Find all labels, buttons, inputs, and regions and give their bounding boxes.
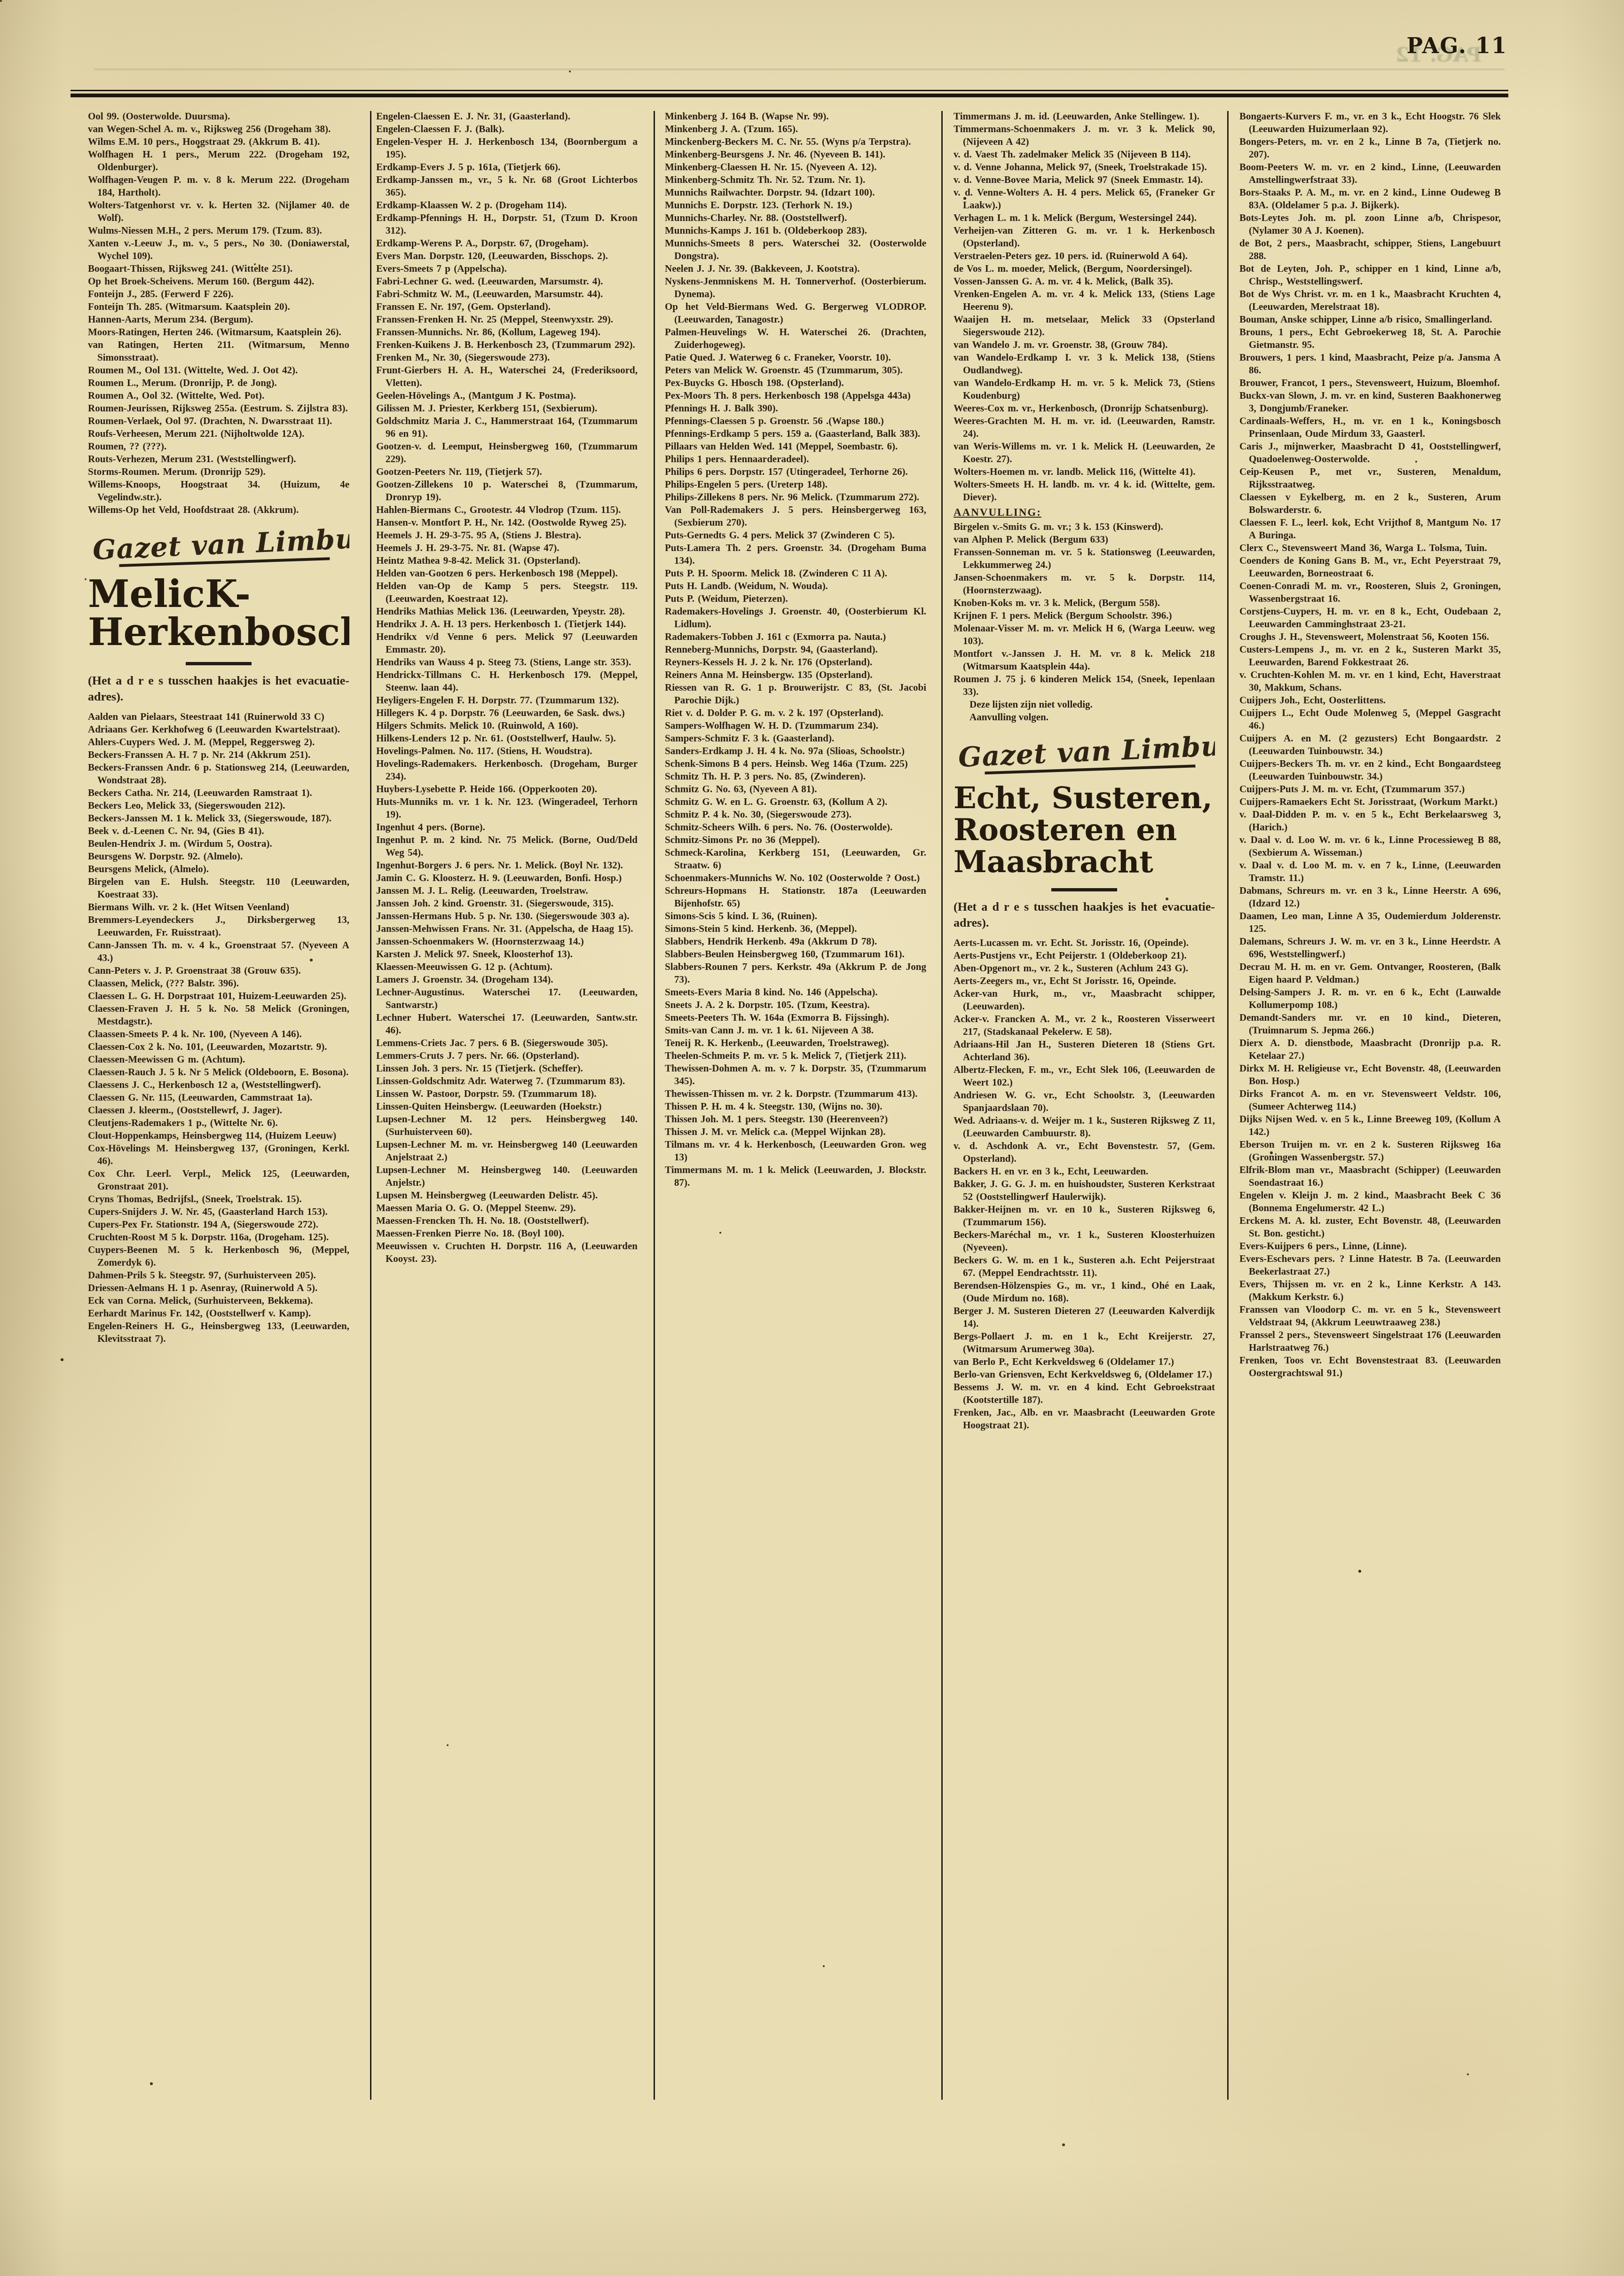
logo-underline bbox=[119, 557, 330, 567]
directory-entry: Schoenmakers-Munnichs W. No. 102 (Ooster… bbox=[665, 872, 926, 884]
directory-entry: Schmitz-Simons Pr. no 36 (Meppel). bbox=[665, 834, 926, 846]
melick-herkenbosch-heading: MelicK- Herkenbosch bbox=[88, 575, 349, 652]
directory-entry: Heemels J. H. 29-3-75. Nr. 81. (Wapse 47… bbox=[376, 542, 638, 554]
directory-entry: Berger J. M. Susteren Dieteren 27 (Leeuw… bbox=[954, 1305, 1215, 1330]
directory-entry: Cupers-Pex Fr. Stationstr. 194 A, (Siege… bbox=[88, 1218, 349, 1231]
directory-entry: Hillegers K. 4 p. Dorpstr. 76 (Leeuwarde… bbox=[376, 707, 638, 719]
directory-entry: Demandt-Sanders mr. vr. en 10 kind., Die… bbox=[1239, 1011, 1501, 1037]
directory-entry: Puts P. (Weidum, Pieterzen). bbox=[665, 592, 926, 605]
directory-entry: Beckers Catha. Nr. 214, (Leeuwarden Rams… bbox=[88, 787, 349, 799]
directory-entry: Erdkamp-Janssen m., vr., 5 k. Nr. 68 (Gr… bbox=[376, 173, 638, 199]
column-divider-2 bbox=[654, 111, 655, 2100]
directory-entry: Driessen-Aelmans H. 1 p. Asenray, (Ruine… bbox=[88, 1282, 349, 1294]
directory-entry: Van Poll-Rademakers J. 5 pers. Heinsberg… bbox=[665, 504, 926, 529]
directory-entry: Wolters-Smeets H. H. landb. m. vr. 4 k. … bbox=[954, 478, 1215, 504]
directory-entry: Karsten J. Melick 97. Sneek, Kloosterhof… bbox=[376, 948, 638, 961]
directory-entry: Frenken, Toos vr. Echt Bovenstestraat 83… bbox=[1239, 1354, 1501, 1379]
directory-entry: Evers Man. Dorpstr. 120, (Leeuwarden, Bi… bbox=[376, 250, 638, 262]
directory-entry: Decrau M. H. m. en vr. Gem. Ontvanger, R… bbox=[1239, 961, 1501, 986]
directory-entry: Evers-Eschevars pers. ? Linne Hatestr. B… bbox=[1239, 1252, 1501, 1278]
directory-entry: Ool 99. (Oosterwolde. Duursma). bbox=[88, 110, 349, 123]
directory-entry: Ingenhut-Borgers J. 6 pers. Nr. 1. Melic… bbox=[376, 859, 638, 872]
directory-entry: Weeres-Grachten M. H. m. vr. id. (Leeuwa… bbox=[954, 415, 1215, 440]
directory-entry: Ahlers-Cuypers Wed. J. M. (Meppel, Regge… bbox=[88, 736, 349, 748]
directory-entry: Aben-Opgenort m., vr. 2 k., Susteren (Ac… bbox=[954, 962, 1215, 975]
directory-entry: Huybers-Lysebette P. Heide 166. (Opperko… bbox=[376, 783, 638, 795]
directory-entry: Adriaans-Hil Jan H., Susteren Dieteren 1… bbox=[954, 1038, 1215, 1063]
directory-entry: Gootzen-Zillekens 10 p. Waterschei 8, (T… bbox=[376, 478, 638, 504]
directory-entry: Erdkamp-Evers J. 5 p. 161a, (Tietjerk 66… bbox=[376, 161, 638, 173]
directory-entry: Janssen M. J. L. Relig. (Leeuwarden, Tro… bbox=[376, 884, 638, 897]
directory-entry: Claassen, Melick, (??? Balstr. 396). bbox=[88, 977, 349, 990]
directory-entry: Frunt-Gierbers H. A. H., Waterschei 24, … bbox=[376, 364, 638, 389]
directory-entry: Ingenhut 4 pers. (Borne). bbox=[376, 821, 638, 834]
directory-entry: Frenken-Kuikens J. B. Herkenbosch 23, (T… bbox=[376, 339, 638, 351]
directory-entry: Roumen A., Ool 32. (Wittelte, Wed. Pot). bbox=[88, 389, 349, 402]
directory-entry: Smeets-Peeters Th. W. 164a (Exmorra B. F… bbox=[665, 1011, 926, 1024]
directory-entry: Delsing-Sampers J. R. m. vr. en 6 k., Ec… bbox=[1239, 986, 1501, 1011]
directory-entry: Lamers J. Groenstr. 34. (Drogeham 134). bbox=[376, 973, 638, 986]
directory-entry: Roufs-Verheesen, Merum 221. (Nijholtwold… bbox=[88, 427, 349, 440]
logo-underline bbox=[985, 764, 1195, 774]
directory-entry: Claessen F. L., leerl. kok, Echt Vrijtho… bbox=[1239, 516, 1501, 542]
directory-entry: Lupsen-Lechner M. m. vr. Heinsbergweg 14… bbox=[376, 1138, 638, 1164]
directory-entry: van Ratingen, Herten 211. (Witmarsum, Me… bbox=[88, 339, 349, 364]
directory-entry: Fonteijn Th. 285. (Witmarsum. Kaatsplein… bbox=[88, 300, 349, 313]
directory-entry: Geelen-Hövelings A., (Mantgum J K. Postm… bbox=[376, 389, 638, 402]
directory-entry: Hilkens-Lenders 12 p. Nr. 61. (Ooststell… bbox=[376, 732, 638, 745]
directory-entry: Beckers-Maréchal m., vr. 1 k., Susteren … bbox=[954, 1229, 1215, 1254]
directory-entry: Bergs-Pollaert J. m. en 1 k., Echt Kreij… bbox=[954, 1330, 1215, 1355]
directory-entry: Bot de Wys Christ. vr. m. en 1 k., Maasb… bbox=[1239, 288, 1501, 313]
directory-entry: v. Cruchten-Kohlen M. m. vr. en 1 kind, … bbox=[1239, 669, 1501, 694]
directory-entry: de Bot, 2 pers., Maasbracht, schipper, S… bbox=[1239, 237, 1501, 262]
directory-entry: Aerts-Lucassen m. vr. Echt. St. Jorisstr… bbox=[954, 937, 1215, 949]
directory-entry: Franssen-Munnichs. Nr. 86, (Kollum, Lage… bbox=[376, 326, 638, 339]
directory-entry: Dirkx M. H. Religieuse vr., Echt Bovenst… bbox=[1239, 1062, 1501, 1087]
directory-entry: Eerhardt Marinus Fr. 142, (Ooststellwerf… bbox=[88, 1307, 349, 1320]
directory-entry: Erckens M. A. kl. zuster, Echt Bovenstr.… bbox=[1239, 1214, 1501, 1240]
directory-entry: Frenken, Jac., Alb. en vr. Maasbracht (L… bbox=[954, 1406, 1215, 1432]
directory-entry: v. d. Aschdonk A. vr., Echt Bovenstestr.… bbox=[954, 1140, 1215, 1165]
directory-entry: Fabri-Lechner G. wed. (Leeuwarden, Marsu… bbox=[376, 275, 638, 288]
directory-entry: Thewissen-Thissen m. vr. 2 k. Dorpstr. (… bbox=[665, 1087, 926, 1100]
directory-entry: Cruchten-Roost M 5 k. Dorpstr. 116a, (Dr… bbox=[88, 1231, 349, 1244]
directory-entry: Pillaars van Helden Wed. 141 (Meppel, So… bbox=[665, 440, 926, 453]
directory-entry: van Wandelo-Erdkamp I. vr. 3 k. Melick 1… bbox=[954, 351, 1215, 377]
directory-entry: Klaessen-Meeuwissen G. 12 p. (Achtum). bbox=[376, 961, 638, 973]
directory-entry: Reiners Anna M. Heinsbergw. 135 (Opsterl… bbox=[665, 669, 926, 681]
directory-entry: Philips-Zillekens 8 pers. Nr. 96 Melick.… bbox=[665, 491, 926, 504]
directory-entry: Evers, Thijssen m. vr. en 2 k., Linne Ke… bbox=[1239, 1278, 1501, 1303]
directory-entry: Claessen-Fraven J. H. 5 k. No. 58 Melick… bbox=[88, 1002, 349, 1028]
directory-entry: Gootzen-v. d. Leemput, Heinsbergweg 160,… bbox=[376, 440, 638, 465]
directory-entry: Riet v. d. Dolder P. G. m. v. 2 k. 197 (… bbox=[665, 707, 926, 719]
column-4: Timmermans J. m. id. (Leeuwarden, Anke S… bbox=[954, 110, 1215, 2169]
directory-entry: Beckers G. W. m. en 1 k., Susteren a.h. … bbox=[954, 1254, 1215, 1279]
directory-entry: Maessen Maria O. G. O. (Meppel Steenw. 2… bbox=[376, 1202, 638, 1214]
directory-entry: Philips-Engelen 5 pers. (Ureterp 148). bbox=[665, 478, 926, 491]
directory-entry: Riessen van R. G. 1 p. Brouwerijstr. C 8… bbox=[665, 681, 926, 707]
directory-entry: Wed. Adriaans-v. d. Weijer m. 1 k., Sust… bbox=[954, 1114, 1215, 1140]
directory-entry: Bot de Leyten, Joh. P., schipper en 1 ki… bbox=[1239, 262, 1501, 288]
directory-entry: Fonteijn J., 285. (Ferwerd F 226). bbox=[88, 288, 349, 300]
directory-entry: Roumen L., Merum. (Dronrijp, P. de Jong)… bbox=[88, 377, 349, 389]
directory-entry: Cuypers-Beenen M. 5 k. Herkenbosch 96, (… bbox=[88, 1244, 349, 1269]
directory-entry: Hahlen-Biermans C., Grootestr. 44 Vlodro… bbox=[376, 504, 638, 516]
directory-entry: v. Daal-Didden P. m. v. en 5 k., Echt Be… bbox=[1239, 808, 1501, 834]
directory-entry: Slabbers-Beulen Heinsbergweg 160, (Tzumm… bbox=[665, 948, 926, 961]
directory-entry: Montfort v.-Janssen J. H. M. vr. 8 k. Me… bbox=[954, 647, 1215, 673]
directory-entry: Sneets J. A. 2 k. Dorpstr. 105. (Tzum, K… bbox=[665, 999, 926, 1011]
directory-entry: Fabri-Schmitz W. M., (Leeuwarden, Marsum… bbox=[376, 288, 638, 300]
directory-entry: Franssen E. Nr. 197, (Gem. Opsterland). bbox=[376, 300, 638, 313]
column-divider-3 bbox=[941, 111, 943, 2100]
directory-entry: Timmermans-Schoenmakers J. m. vr. 3 k. M… bbox=[954, 123, 1215, 148]
heading-underline bbox=[186, 662, 252, 665]
directory-entry: Backers H. en vr. en 3 k., Echt, Leeuwar… bbox=[954, 1165, 1215, 1178]
directory-entry: Janssen-Mehwissen Frans. Nr. 31. (Appels… bbox=[376, 922, 638, 935]
directory-entry: Bots-Leytes Joh. m. pl. zoon Linne a/b, … bbox=[1239, 212, 1501, 237]
directory-entry: Beursgens W. Dorpstr. 92. (Almelo). bbox=[88, 850, 349, 863]
directory-entry: Storms-Roumen. Merum. (Dronrijp 529). bbox=[88, 465, 349, 478]
directory-entry: Cuijpers A. en M. (2 gezusters) Echt Bon… bbox=[1239, 732, 1501, 757]
directory-entry: Pex-Moors Th. 8 pers. Herkenbosch 198 (A… bbox=[665, 389, 926, 402]
directory-entry: Janssen-Hermans Hub. 5 p. Nr. 130. (Sieg… bbox=[376, 910, 638, 922]
directory-entry: Weeres-Cox m. vr., Herkenbosch, (Dronrij… bbox=[954, 402, 1215, 415]
directory-entry: Lupsen-Lechner M. Heinsbergweg 140. (Lee… bbox=[376, 1164, 638, 1189]
directory-entry: Franssen-Sonneman m. vr. 5 k. Stationswe… bbox=[954, 546, 1215, 571]
directory-entry: Daamen, Leo man, Linne A 35, Oudemierdum… bbox=[1239, 910, 1501, 935]
directory-entry: Schmitz P. 4 k. No. 30, (Siegerswoude 27… bbox=[665, 808, 926, 821]
column-divider-1 bbox=[370, 111, 371, 2100]
directory-entry: Vossen-Janssen G. A. m. vr. 4 k. Melick,… bbox=[954, 275, 1215, 288]
directory-entry: Berlo-van Griensven, Echt Kerkveldsweg 6… bbox=[954, 1368, 1215, 1381]
directory-entry: Cuijpers-Puts J. M. m. vr. Echt, (Tzumma… bbox=[1239, 783, 1501, 795]
directory-entry: Routs-Verhezen, Merum 231. (Weststelling… bbox=[88, 453, 349, 465]
directory-entry: Brouns, 1 pers., Echt Gebroekerweg 18, S… bbox=[1239, 326, 1501, 351]
directory-entry: Lechner-Augustinus. Waterschei 17. (Leeu… bbox=[376, 986, 638, 1011]
directory-entry: Munnichs-Smeets 8 pers. Waterschei 32. (… bbox=[665, 237, 926, 262]
directory-entry: Corstjens-Cuypers, H. m. vr. en 8 k., Ec… bbox=[1239, 605, 1501, 630]
directory-entry: Cardinaals-Weffers, H., m. vr. en 1 k., … bbox=[1239, 415, 1501, 440]
directory-entry: Willems-Knoops, Hoogstraat 34. (Huizum, … bbox=[88, 478, 349, 504]
directory-entry: Peters van Melick W. Groenstr. 45 (Tzumm… bbox=[665, 364, 926, 377]
directory-entry: Albertz-Flecken, F. m., vr., Echt Slek 1… bbox=[954, 1063, 1215, 1089]
directory-entry: Op het Broek-Scheivens. Merum 160. (Berg… bbox=[88, 275, 349, 288]
directory-entry: Minckenberg-Beckers M. C. Nr. 55. (Wyns … bbox=[665, 135, 926, 148]
directory-entry: Molenaar-Visser M. m. vr. Melick H 6, (W… bbox=[954, 622, 1215, 647]
directory-entry: Eberson Truijen m. vr. en 2 k. Susteren … bbox=[1239, 1138, 1501, 1164]
directory-entry: Buckx-van Slown, J. m. vr. en kind, Sust… bbox=[1239, 389, 1501, 415]
bleedthrough-rule bbox=[94, 69, 1505, 70]
directory-entry: van Berlo P., Echt Kerkveldsweg 6 (Oldel… bbox=[954, 1355, 1215, 1368]
directory-entry: Evers-Smeets 7 p (Appelscha). bbox=[376, 262, 638, 275]
directory-entry: Berendsen-Hölzenspies G., m. vr., 1 kind… bbox=[954, 1279, 1215, 1305]
directory-entry: Evers-Kuijpers 6 pers., Linne, (Linne). bbox=[1239, 1240, 1501, 1252]
directory-entry: Birgelen van E. Hulsh. Steegstr. 110 (Le… bbox=[88, 875, 349, 901]
directory-entry: Coenen-Conradi M. m. vr., Roosteren, Slu… bbox=[1239, 580, 1501, 605]
directory-entry: Heyligers-Engelen F. H. Dorpstr. 77. (Tz… bbox=[376, 694, 638, 707]
directory-entry: Beckers-Franssen Andr. 6 p. Stationsweg … bbox=[88, 761, 349, 787]
directory-entry: Cann-Peters v. J. P. Groenstraat 38 (Gro… bbox=[88, 964, 349, 977]
directory-entry: Minkenberg J. 164 B. (Wapse Nr. 99). bbox=[665, 110, 926, 123]
directory-entry: Hansen-v. Montfort P. H., Nr. 142. (Oost… bbox=[376, 516, 638, 529]
header-rule-thick bbox=[71, 94, 1508, 97]
directory-entry: Pfennings-Erdkamp 5 pers. 159 a. (Gaaste… bbox=[665, 427, 926, 440]
echt-susteren-heading: Echt, Susteren, Roosteren en Maasbracht bbox=[954, 782, 1215, 878]
directory-entry: Claessens J. C., Herkenbosch 12 a, (West… bbox=[88, 1079, 349, 1091]
directory-entry: Engelen-Claessen F. J. (Balk). bbox=[376, 123, 638, 135]
directory-entry: Cupers-Snijders J. W. Nr. 45, (Gaasterla… bbox=[88, 1205, 349, 1218]
directory-entry: Bongers-Peters, m. vr. en 2 k., Linne B … bbox=[1239, 135, 1501, 161]
directory-entry: Timmermans J. m. id. (Leeuwarden, Anke S… bbox=[954, 110, 1215, 123]
directory-entry: Puts-Lamera Th. 2 pers. Groenstr. 34. (D… bbox=[665, 542, 926, 567]
directory-entry: Philips 1 pers. Hennaarderadeel). bbox=[665, 453, 926, 465]
directory-entry: Huts-Munniks m. vr. 1 k. Nr. 123. (Winge… bbox=[376, 795, 638, 821]
directory-entry: Heemels J. H. 29-3-75. 95 A, (Stiens J. … bbox=[376, 529, 638, 542]
evacuation-address-note: (Het a d r e s tusschen haakjes is het e… bbox=[88, 673, 349, 705]
directory-entry: Thissen J. M. vr. Melick c.a. (Meppel Wi… bbox=[665, 1126, 926, 1138]
directory-entry: Bakker, J. G. G. J. m. en huishoudster, … bbox=[954, 1178, 1215, 1203]
directory-entry: Ingenhut P. m. 2 kind. Nr. 75 Melick. (B… bbox=[376, 834, 638, 859]
directory-entry: Pfennings-Claessen 5 p. Groenstr. 56 .(W… bbox=[665, 415, 926, 427]
directory-entry: Roumen M., Ool 131. (Wittelte, Wed. J. O… bbox=[88, 364, 349, 377]
directory-entry: Sanders-Erdkamp J. H. 4 k. No. 97a (Slio… bbox=[665, 745, 926, 757]
directory-entry: Birgelen v.-Smits G. m. vr.; 3 k. 153 (K… bbox=[954, 520, 1215, 533]
directory-entry: Munnichs-Charley. Nr. 88. (Ooststellwerf… bbox=[665, 212, 926, 224]
directory-entry: Tilmans m. vr. 4 k. Herkenbosch, (Leeuwa… bbox=[665, 1138, 926, 1164]
directory-entry: Pex-Buycks G. Hbosch 198. (Opsterland). bbox=[665, 377, 926, 389]
directory-entry: Claessen J. kleerm., (Ooststellewrf, J. … bbox=[88, 1104, 349, 1117]
directory-entry: Cox-Hövelings M. Heinsbergweg 137, (Gron… bbox=[88, 1142, 349, 1167]
directory-entry: Frenken M., Nr. 30, (Siegerswoude 273). bbox=[376, 351, 638, 364]
directory-entry: Janssen Joh. 2 kind. Groenstr. 31. (Sieg… bbox=[376, 897, 638, 910]
gazet-van-limburg-logo: Gazet van Limburg bbox=[958, 732, 1215, 777]
directory-entry: Sampers-Wolfhagen W. H. D. (Tzummarum 23… bbox=[665, 719, 926, 732]
directory-entry: Brouwer, Francot, 1 pers., Stevensweert,… bbox=[1239, 377, 1501, 389]
directory-entry: Acker-v. Francken A. M., vr. 2 k., Roost… bbox=[954, 1013, 1215, 1038]
directory-entry: Eck van Corna. Melick, (Surhuisterveen, … bbox=[88, 1294, 349, 1307]
directory-entry: Puts-Gernedts G. 4 pers. Melick 37 (Zwin… bbox=[665, 529, 926, 542]
directory-entry: Reyners-Kessels H. J. 2 k. Nr. 176 (Opst… bbox=[665, 656, 926, 669]
directory-entry: Vrenken-Engelen A. m. vr. 4 k. Melick 13… bbox=[954, 288, 1215, 313]
directory-entry: v. Daal v. d. Loo W. m. vr. 6 k., Linne … bbox=[1239, 834, 1501, 859]
column-3: Minkenberg J. 164 B. (Wapse Nr. 99).Mink… bbox=[665, 110, 926, 2169]
directory-entry: Bremmers-Leyendeckers J., Dirksbergerweg… bbox=[88, 914, 349, 939]
directory-entry: Engelen-Vesper H. J. Herkenbosch 134, (B… bbox=[376, 135, 638, 161]
directory-entry: Franssel 2 pers., Stevensweert Singelstr… bbox=[1239, 1329, 1501, 1354]
directory-entry: Schmitz Th. H. P. 3 pers. No. 85, (Zwind… bbox=[665, 770, 926, 783]
column-5: Bongaerts-Kurvers F. m., vr. en 3 k., Ec… bbox=[1239, 110, 1501, 2169]
directory-entry: Wolfhagen-Veugen P. m. v. 8 k. Merum 222… bbox=[88, 173, 349, 199]
directory-entry: Hannen-Aarts, Merum 234. (Bergum). bbox=[88, 313, 349, 326]
directory-entry: Helden van-Gootzen 6 pers. Herkenbosch 1… bbox=[376, 567, 638, 580]
directory-entry: Schmitz-Scheers Wilh. 6 pers. No. 76. (O… bbox=[665, 821, 926, 834]
directory-entry: Puts H. Landb. (Weidum, N. Wouda). bbox=[665, 580, 926, 592]
directory-entry: Bouman, Anske schipper, Linne a/b risico… bbox=[1239, 313, 1501, 326]
directory-entry: Erdkamp-Werens P. A., Dorpstr. 67, (Drog… bbox=[376, 237, 638, 250]
directory-entry: Andriesen W. G. vr., Echt Schoolstr. 3, … bbox=[954, 1089, 1215, 1114]
directory-entry: Wilms E.M. 10 pers., Hoogstraat 29. (Akk… bbox=[88, 135, 349, 148]
directory-entry: Smits-van Cann J. m. vr. 1 k. 61. Nijeve… bbox=[665, 1024, 926, 1037]
directory-entry: Claessen L. G. H. Dorpstraat 101, Huizem… bbox=[88, 990, 349, 1002]
directory-entry: Rademakers-Tobben J. 161 c (Exmorra pa. … bbox=[665, 630, 926, 643]
directory-entry: Thewissen-Dohmen A. m. v. 7 k. Dorpstr. … bbox=[665, 1062, 926, 1087]
directory-entry: van Alphen P. Melick (Bergum 633) bbox=[954, 533, 1215, 546]
directory-entry: van Wegen-Schel A. m. v., Rijksweg 256 (… bbox=[88, 123, 349, 135]
directory-entry: Aalden van Pielaars, Steestraat 141 (Rui… bbox=[88, 710, 349, 723]
directory-entry: Palmen-Heuvelings W. H. Waterschei 26. (… bbox=[665, 326, 926, 351]
directory-entry: Linssen-Goldschmitz Adr. Waterweg 7. (Tz… bbox=[376, 1075, 638, 1087]
directory-entry: v. d. Vaest Th. zadelmaker Melick 35 (Ni… bbox=[954, 148, 1215, 161]
page-number: PAG. 11 bbox=[1406, 35, 1507, 56]
directory-entry: Hendrikx v/d Venne 6 pers. Melick 97 (Le… bbox=[376, 630, 638, 656]
aanvulling-subhead: AANVULLING: bbox=[954, 505, 1215, 520]
directory-entry: Minkenberg J. A. (Tzum. 165). bbox=[665, 123, 926, 135]
directory-entry: Cuijpers-Beckers Th. m. vr. en 2 kind., … bbox=[1239, 757, 1501, 783]
directory-entry: Beursgens Melick, (Almelo). bbox=[88, 863, 349, 875]
directory-entry: Minkenberg-Schmitz Th. Nr. 52. Tzum. Nr.… bbox=[665, 173, 926, 186]
directory-entry: Dabmans, Schreurs m. vr. en 3 k., Linne … bbox=[1239, 884, 1501, 910]
directory-entry: Boom-Peeters W. m. vr. en 2 kind., Linne… bbox=[1239, 161, 1501, 186]
directory-entry: Coenders de Koning Gans B. M., vr., Echt… bbox=[1239, 554, 1501, 580]
directory-entry: Schmitz G. No. 63, (Nyeveen A 81). bbox=[665, 783, 926, 795]
directory-entry: Adriaans Ger. Kerkhofweg 6 (Leeuwarden K… bbox=[88, 723, 349, 736]
directory-entry: Beckers-Janssen M. 1 k. Melick 33, (Sieg… bbox=[88, 812, 349, 825]
directory-entry: Cox Chr. Leerl. Verpl., Melick 125, (Lee… bbox=[88, 1167, 349, 1193]
directory-entry: Slabbers-Rounen 7 pers. Kerkstr. 49a (Ak… bbox=[665, 961, 926, 986]
directory-entry: Erdkamp-Klaassen W. 2 p. (Drogeham 114). bbox=[376, 199, 638, 212]
directory-entry: Franssen-Frenken H. Nr. 25 (Meppel, Stee… bbox=[376, 313, 638, 326]
directory-entry: Op het Veld-Biermans Wed. G. Bergerweg V… bbox=[665, 300, 926, 326]
evacuation-address-note: (Het a d r e s tusschen haakjes is het e… bbox=[954, 899, 1215, 931]
directory-entry: Sampers-Schmitz F. 3 k. (Gaasterland). bbox=[665, 732, 926, 745]
directory-entry: Erdkamp-Pfennings H. H., Dorpstr. 51, (T… bbox=[376, 212, 638, 237]
directory-entry: Ceip-Keusen P., met vr., Susteren, Menal… bbox=[1239, 465, 1501, 491]
directory-entry: Wolfhagen H. 1 pers., Merum 222. (Drogeh… bbox=[88, 148, 349, 173]
directory-entry: Janssen-Schoenmakers W. (Hoornsterzwaag … bbox=[376, 935, 638, 948]
directory-entry: Bors-Staaks P. A. M., m. vr. en 2 kind.,… bbox=[1239, 186, 1501, 212]
column-1: Ool 99. (Oosterwolde. Duursma).van Wegen… bbox=[88, 110, 349, 2169]
directory-entry: van Wandelo-Erdkamp H. m. vr. 5 k. Melic… bbox=[954, 377, 1215, 402]
directory-entry: van Wandelo J. m. vr. Groenstr. 38, (Gro… bbox=[954, 339, 1215, 351]
directory-entry: Beek v. d.-Leenen C. Nr. 94, (Gies B 41)… bbox=[88, 825, 349, 837]
directory-entry: Engelen v. Kleijn J. m. 2 kind., Maasbra… bbox=[1239, 1189, 1501, 1214]
header-rule-thin bbox=[71, 90, 1508, 91]
directory-entry: Caris J., mijnwerker, Maasbracht D 41, O… bbox=[1239, 440, 1501, 465]
directory-entry: v. d. Venne-Bovee Maria, Melick 97 (Snee… bbox=[954, 173, 1215, 186]
directory-entry: Smeets-Evers Maria 8 kind. No. 146 (Appe… bbox=[665, 986, 926, 999]
directory-entry: Minkenberg-Beursgens J. Nr. 46. (Nyeveen… bbox=[665, 148, 926, 161]
directory-entry: Hendriks van Wauss 4 p. Steeg 73. (Stien… bbox=[376, 656, 638, 669]
directory-entry: Maessen-Frenken Pierre No. 18. (Boyl 100… bbox=[376, 1227, 638, 1240]
directory-entry: Lemmers-Cruts J. 7 pers. Nr. 66. (Opster… bbox=[376, 1049, 638, 1062]
directory-entry: Lupsen-Lechner M. 12 pers. Heinsbergweg … bbox=[376, 1113, 638, 1138]
directory-entry: Moors-Ratingen, Herten 246. (Witmarsum, … bbox=[88, 326, 349, 339]
lists-incomplete-note: Deze lijsten zijn niet volledig. Aanvull… bbox=[954, 698, 1215, 724]
directory-entry: Dahmen-Prils 5 k. Steegstr. 97, (Surhuis… bbox=[88, 1269, 349, 1282]
directory-entry: Schmitz G. W. en L. G. Groenstr. 63, (Ko… bbox=[665, 795, 926, 808]
directory-entry: Pfennings H. J. Balk 390). bbox=[665, 402, 926, 415]
directory-entry: Linssen W. Pastoor, Dorpstr. 59. (Tzumma… bbox=[376, 1087, 638, 1100]
directory-entry: Jamin C. G. Kloosterz. H. 9. (Leeuwarden… bbox=[376, 872, 638, 884]
gazet-van-limburg-logo: Gazet van Limburg bbox=[92, 525, 349, 569]
directory-entry: Claessen-Rauch J. 5 k. Nr 5 Melick (Olde… bbox=[88, 1066, 349, 1079]
directory-entry: Bessems J. W. m. vr. en 4 kind. Echt Geb… bbox=[954, 1381, 1215, 1406]
directory-entry: Franssen van Vloodorp C. m. vr. en 5 k.,… bbox=[1239, 1303, 1501, 1329]
directory-entry: Claessen-Cox 2 k. No. 101, (Leeuwarden, … bbox=[88, 1040, 349, 1053]
directory-entry: Engelen-Claessen E. J. Nr. 31, (Gaasterl… bbox=[376, 110, 638, 123]
directory-entry: Dirks Francot A. m. en vr. Stevensweert … bbox=[1239, 1087, 1501, 1113]
directory-entry: Theelen-Schmeits P. m. vr. 5 k. Melick 7… bbox=[665, 1049, 926, 1062]
directory-entry: Hilgers Schmits. Melick 10. (Ruinwold, A… bbox=[376, 719, 638, 732]
directory-entry: Meeuwissen v. Cruchten H. Dorpstr. 116 A… bbox=[376, 1240, 638, 1265]
directory-entry: Hendriks Mathias Melick 136. (Leeuwarden… bbox=[376, 605, 638, 618]
directory-entry: Acker-van Hurk, m., vr., Maasbracht schi… bbox=[954, 987, 1215, 1013]
directory-entry: Wolters-Tatgenhorst vr. v. k. Herten 32.… bbox=[88, 199, 349, 224]
directory-entry: Lechner Hubert. Waterschei 17. (Leeuward… bbox=[376, 1011, 638, 1037]
heading-underline bbox=[1051, 888, 1117, 891]
directory-entry: Knoben-Koks m. vr. 3 k. Melick, (Bergum … bbox=[954, 597, 1215, 609]
directory-entry: Gootzen-Peeters Nr. 119, (Tietjerk 57). bbox=[376, 465, 638, 478]
directory-entry: Helden van-Op de Kamp 5 pers. Steegstr. … bbox=[376, 580, 638, 605]
directory-entry: Dijks Nijsen Wed. v. en 5 k., Linne Bree… bbox=[1239, 1113, 1501, 1138]
directory-entry: Hendrikx J. A. H. 13 pers. Herkenbosch 1… bbox=[376, 618, 638, 630]
directory-entry: Gilissen M. J. Priester, Kerkberg 151, (… bbox=[376, 402, 638, 415]
directory-entry: Cuijpers Joh., Echt, Oosterlittens. bbox=[1239, 694, 1501, 707]
directory-entry: Brouwers, 1 pers. 1 kind, Maasbracht, Pe… bbox=[1239, 351, 1501, 377]
directory-entry: Simons-Scis 5 kind. L 36, (Ruinen). bbox=[665, 910, 926, 922]
directory-entry: Slabbers, Hendrik Herkenb. 49a (Akkrum D… bbox=[665, 935, 926, 948]
directory-entry: Beckers Leo, Melick 33, (Siegerswouden 2… bbox=[88, 799, 349, 812]
directory-entry: Munnichs-Kamps J. 161 b. (Oldeberkoop 28… bbox=[665, 224, 926, 237]
directory-entry: Roumen J. 75 j. 6 kinderen Melick 154, (… bbox=[954, 673, 1215, 698]
directory-entry: Claassen-Smeets P. 4 k. Nr. 100, (Nyevee… bbox=[88, 1028, 349, 1040]
directory-entry: Bakker-Heijnen m. vr. en 10 k., Susteren… bbox=[954, 1203, 1215, 1229]
directory-entry: Cuijpers L., Echt Oude Molenweg 5, (Mepp… bbox=[1239, 707, 1501, 732]
paper-specks bbox=[0, 0, 2, 2]
directory-entry: Schmeck-Karolina, Kerkberg 151, (Leeuwar… bbox=[665, 846, 926, 872]
directory-entry: Boogaart-Thissen, Rijksweg 241. (Wittelt… bbox=[88, 262, 349, 275]
directory-entry: Lupsen M. Heinsbergweg (Leeuwarden Delis… bbox=[376, 1189, 638, 1202]
directory-entry: Munnichs E. Dorpstr. 123. (Terhork N. 19… bbox=[665, 199, 926, 212]
directory-entry: Timmermans M. m. 1 k. Melick (Leeuwarden… bbox=[665, 1164, 926, 1189]
directory-entry: Jansen-Schoenmakers m. vr. 5 k. Dorpstr.… bbox=[954, 571, 1215, 597]
directory-entry: Munnichs Railwachter. Dorpstr. 94. (Idza… bbox=[665, 186, 926, 199]
directory-entry: Thissen P. H. m. 4 k. Steegstr. 130, (Wi… bbox=[665, 1100, 926, 1113]
directory-entry: Cann-Janssen Th. m. v. 4 k., Groenstraat… bbox=[88, 939, 349, 964]
directory-entry: Claessen v Eykelberg, m. en 2 k., Suster… bbox=[1239, 491, 1501, 516]
directory-entry: Goldschmitz Maria J. C., Hammerstraat 16… bbox=[376, 415, 638, 440]
directory-entry: Xanten v.-Leeuw J., m. v., 5 pers., No 3… bbox=[88, 237, 349, 262]
directory-entry: Maessen-Frencken Th. H. No. 18. (Oostste… bbox=[376, 1214, 638, 1227]
directory-entry: Dalemans, Schreurs J. W. m. vr. en 3 k.,… bbox=[1239, 935, 1501, 961]
directory-entry: Verheijen-van Zitteren G. m. vr. 1 k. He… bbox=[954, 224, 1215, 250]
directory-entry: Hendrickx-Tillmans C. H. Herkenbosch 179… bbox=[376, 669, 638, 694]
directory-entry: Waaijen H. m. metselaar, Melick 33 (Opst… bbox=[954, 313, 1215, 339]
directory-entry: Croughs J. H., Stevensweert, Molenstraat… bbox=[1239, 630, 1501, 643]
directory-entry: Simons-Stein 5 kind. Herkenb. 36, (Meppe… bbox=[665, 922, 926, 935]
directory-entry: Elfrik-Blom man vr., Maasbracht (Schippe… bbox=[1239, 1164, 1501, 1189]
directory-entry: Roumen, ?? (???). bbox=[88, 440, 349, 453]
directory-entry: Lemmens-Criets Jac. 7 pers. 6 B. (Sieger… bbox=[376, 1037, 638, 1049]
directory-entry: Roumen-Verlaek, Ool 97. (Drachten, N. Dw… bbox=[88, 415, 349, 427]
column-divider-4 bbox=[1227, 111, 1229, 2100]
directory-entry: Krijnen F. 1 pers. Melick (Bergum School… bbox=[954, 609, 1215, 622]
directory-entry: Biermans Wilh. vr. 2 k. (Het Witsen Veen… bbox=[88, 901, 349, 914]
directory-entry: Verhagen L. m. 1 k. Melick (Bergum, West… bbox=[954, 212, 1215, 224]
